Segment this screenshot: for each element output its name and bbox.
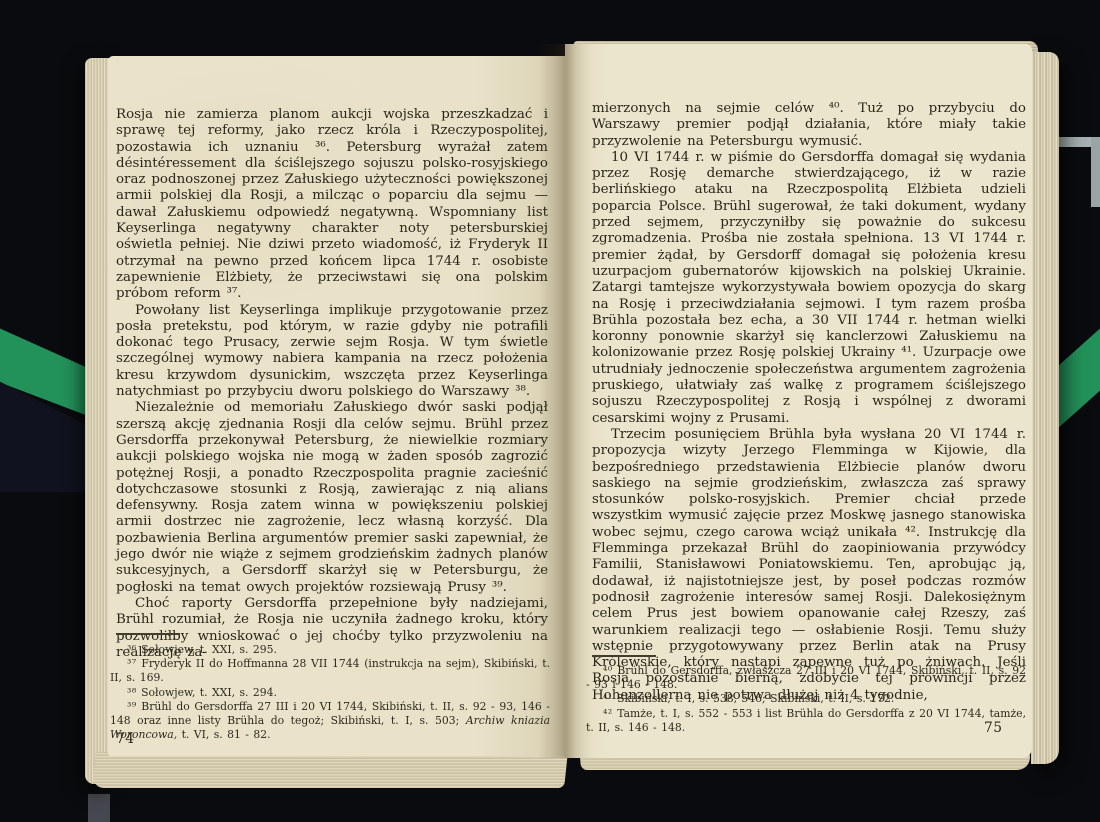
footnote: ⁴² Tamże, t. I, s. 552 - 553 i list Brüh… [586, 707, 1026, 735]
footnote-marker: ³⁹ [127, 700, 137, 713]
footnote-marker: ³⁷ [127, 657, 137, 670]
paragraph: Rosja nie zamierza planom aukcji wojska … [116, 107, 548, 303]
page-number-left: 74 [116, 731, 135, 747]
paragraph: Trzecim posunięciem Brühla była wysłana … [592, 427, 1026, 704]
footnote-text: Fryderyk II do Hoffmanna 28 VII 1744 (in… [110, 657, 550, 684]
left-page-text: Rosja nie zamierza planom aukcji wojska … [116, 107, 548, 661]
page-edge-stack-right [1031, 52, 1059, 764]
footnote-marker: ⁴¹ [603, 692, 613, 705]
footnote-text: Brühl do Gersdorffa, zwłaszcza 27 III i … [586, 664, 1026, 691]
right-page-text: mierzonych na sejmie celów ⁴⁰. Tuż po pr… [592, 101, 1026, 704]
footnote: ³⁹ Brühl do Gersdorffa 27 III i 20 VI 17… [110, 700, 550, 743]
page-edge-stack-bottom-left [92, 752, 568, 788]
footnote-text: t. VI, s. 81 - 82. [182, 728, 271, 741]
paragraph: Powołany list Keyserlinga implikuje przy… [116, 303, 548, 401]
footnote-text: Sołowjew, t. XXI, s. 295. [141, 643, 277, 656]
paragraph: mierzonych na sejmie celów ⁴⁰. Tuż po pr… [592, 101, 1026, 150]
footnote: ³⁶ Sołowjew, t. XXI, s. 295. [110, 643, 550, 657]
footnote: ³⁷ Fryderyk II do Hoffmanna 28 VII 1744 … [110, 657, 550, 685]
footnote: ⁴¹ Skibiński, t. I, s. 538, 546; Skibińs… [586, 692, 1026, 706]
footnote-text: Tamże, t. I, s. 552 - 553 i list Brühla … [586, 707, 1026, 734]
footnote: ⁴⁰ Brühl do Gersdorffa, zwłaszcza 27 III… [586, 664, 1026, 692]
footnote-rule [116, 633, 180, 635]
paragraph: Niezależnie od memoriału Załuskiego dwór… [116, 400, 548, 596]
left-page-footnotes: ³⁶ Sołowjew, t. XXI, s. 295. ³⁷ Fryderyk… [110, 643, 550, 742]
paragraph: 10 VI 1744 r. w piśmie do Gersdorffa dom… [592, 150, 1026, 427]
background-gray-notch [88, 794, 110, 822]
page-number-right: 75 [984, 720, 1003, 736]
background-frame-shape [1091, 137, 1100, 207]
footnote-marker: ³⁸ [127, 686, 137, 699]
footnote-marker: ³⁶ [127, 643, 137, 656]
footnote-text: Skibiński, t. I, s. 538, 546; Skibiński,… [617, 692, 894, 705]
footnote-marker: ⁴⁰ [603, 664, 613, 677]
footnote-rule [592, 655, 656, 657]
right-page-footnotes: ⁴⁰ Brühl do Gersdorffa, zwłaszcza 27 III… [586, 664, 1026, 735]
footnote: ³⁸ Sołowjew, t. XXI, s. 294. [110, 686, 550, 700]
footnote-marker: ⁴² [603, 707, 613, 720]
footnote-text: Sołowjew, t. XXI, s. 294. [141, 686, 277, 699]
